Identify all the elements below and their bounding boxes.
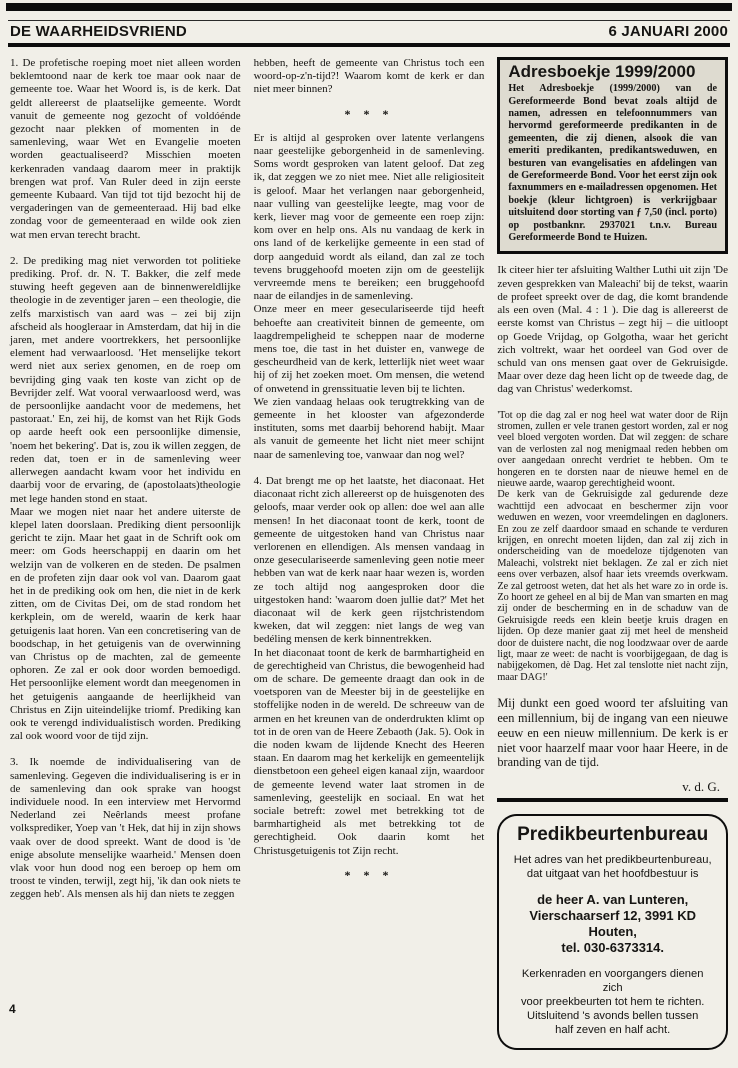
column-3: Adresboekje 1999/2000 Het Adresboekje (1… [497, 57, 728, 1050]
bureau-instruction-line: Kerkenraden en voorgangers dienen zich [511, 967, 714, 995]
asterisk-separator: * * * [254, 108, 485, 121]
bureau-contact-street: Vierschaarserf 12, 3991 KD Houten, [511, 908, 714, 940]
newspaper-page: DE WAARHEIDSVRIEND 6 JANUARI 2000 1. De … [0, 0, 738, 1068]
paragraph-3: 3. Ik noemde de individualisering van de… [10, 756, 241, 901]
paragraph-terugtrekking: We zien vandaag helaas ook terugtrekking… [254, 396, 485, 462]
paragraph-2: 2. De prediking mag niet verworden tot p… [10, 255, 241, 506]
paragraph-4-diaconaat: 4. Dat brengt me op het laatste, het dia… [254, 475, 485, 647]
article-columns: 1. De profetische roeping moet niet alle… [0, 47, 738, 1050]
section-divider-rule [497, 798, 728, 802]
adresboekje-advert-box: Adresboekje 1999/2000 Het Adresboekje (1… [497, 57, 728, 254]
bureau-contact-phone: tel. 030-6373314. [511, 940, 714, 956]
bureau-address: de heer A. van Lunteren, Vierschaarserf … [511, 892, 714, 956]
bureau-intro-line: dat uitgaat van het hoofdbestuur is [511, 867, 714, 881]
predikbeurtenbureau-box: Predikbeurtenbureau Het adres van het pr… [497, 814, 728, 1049]
closing-paragraph: Mij dunkt een goed woord ter afsluiting … [497, 696, 728, 770]
advert-title: Adresboekje 1999/2000 [508, 65, 717, 78]
paragraph-walther-luthi: Ik citeer hier ter afsluiting Walther Lu… [497, 264, 728, 396]
paragraph-2-continued: Maar we mogen niet naar het andere uiter… [10, 506, 241, 744]
bureau-intro-line: Het adres van het predikbeurtenbureau, [511, 853, 714, 867]
luthi-quote-part-1: 'Tot op die dag zal er nog heel wat wate… [497, 410, 728, 490]
masthead-title: DE WAARHEIDSVRIEND [10, 23, 187, 40]
issue-date: 6 JANUARI 2000 [608, 23, 728, 40]
author-initials: v. d. G. [497, 780, 720, 793]
paragraph-4-continued: In het diaconaat toont de kerk de barmha… [254, 647, 485, 858]
bureau-intro: Het adres van het predikbeurtenbureau, d… [511, 853, 714, 881]
bureau-instruction-line: voor preekbeurten tot hem te richten. [511, 995, 714, 1009]
paragraph-1: 1. De profetische roeping moet niet alle… [10, 57, 241, 242]
paragraph-latent-verlangens: Er is altijd al gesproken over latente v… [254, 132, 485, 304]
column-1: 1. De profetische roeping moet niet alle… [10, 57, 241, 1050]
top-rule-bar [6, 3, 732, 11]
advert-body: Het Adresboekje (1999/2000) van de Geref… [508, 83, 717, 244]
paragraph-3-continued: hebben, heeft de gemeente van Christus t… [254, 57, 485, 97]
luthi-quote-part-2: De kerk van de Gekruisigde zal gedurende… [497, 489, 728, 683]
bureau-instructions: Kerkenraden en voorgangers dienen zich v… [511, 967, 714, 1037]
bureau-title: Predikbeurtenbureau [511, 828, 714, 841]
page-number: 4 [9, 1002, 16, 1016]
bureau-contact-name: de heer A. van Lunteren, [511, 892, 714, 908]
asterisk-separator: * * * [254, 869, 485, 882]
page-header: DE WAARHEIDSVRIEND 6 JANUARI 2000 [8, 20, 730, 47]
column-2: hebben, heeft de gemeente van Christus t… [254, 57, 485, 1050]
bureau-instruction-line: half zeven en half acht. [511, 1023, 714, 1037]
bureau-instruction-line: Uitsluitend 's avonds bellen tussen [511, 1009, 714, 1023]
paragraph-geseculariseerde-tijd: Onze meer en meer geseculariseerde tijd … [254, 303, 485, 395]
